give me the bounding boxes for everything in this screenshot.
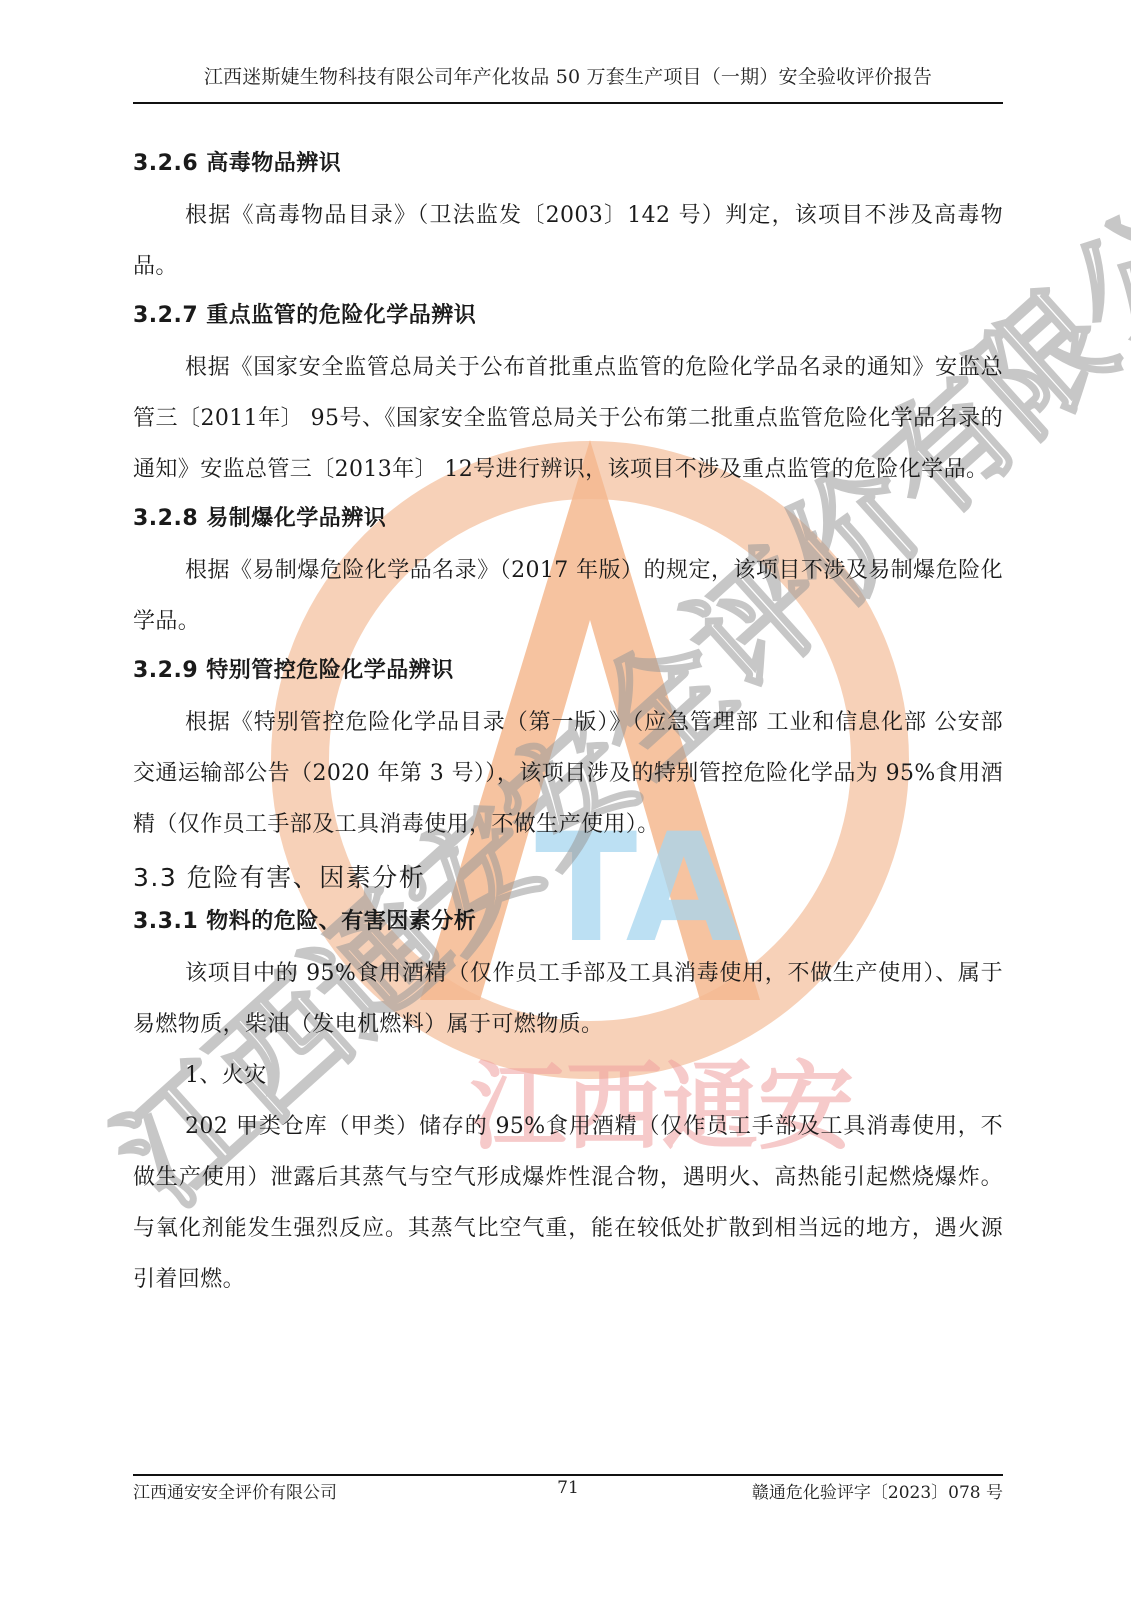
section-3-2-9: 3.2.9 特别管控危险化学品辨识 根据《特别管控危险化学品目录（第一版）》（应…: [133, 653, 1003, 850]
section-3-2-6: 3.2.6 高毒物品辨识 根据《高毒物品目录》（卫法监发〔2003〕142 号）…: [133, 146, 1003, 292]
list-item-heading: 1、火灾: [133, 1050, 1003, 1101]
page-footer: 江西通安安全评价有限公司 71 赣通危化验评字〔2023〕078 号: [133, 1478, 1003, 1504]
page-header: 江西迷斯婕生物科技有限公司年产化妆品 50 万套生产项目（一期）安全验收评价报告: [133, 62, 1003, 89]
paragraph: 根据《国家安全监管总局关于公布首批重点监管的危险化学品名录的通知》安监总管三〔2…: [133, 342, 1003, 495]
section-heading: 3.2.8 易制爆化学品辨识: [133, 501, 1003, 537]
paragraph: 根据《特别管控危险化学品目录（第一版）》（应急管理部 工业和信息化部 公安部 交…: [133, 697, 1003, 850]
paragraph: 该项目中的 95%食用酒精（仅作员工手部及工具消毒使用，不做生产使用）、属于易燃…: [133, 948, 1003, 1050]
footer-rule: [133, 1474, 1003, 1476]
document-number: 赣通危化验评字〔2023〕078 号: [752, 1478, 1003, 1503]
paragraph: 202 甲类仓库（甲类）储存的 95%食用酒精（仅作员工手部及工具消毒使用，不做…: [133, 1101, 1003, 1305]
chapter-heading: 3.3 危险有害、因素分析: [133, 858, 1003, 898]
section-heading: 3.2.9 特别管控危险化学品辨识: [133, 653, 1003, 689]
section-3-2-8: 3.2.8 易制爆化学品辨识 根据《易制爆危险化学品名录》（2017 年版）的规…: [133, 501, 1003, 647]
section-heading: 3.2.7 重点监管的危险化学品辨识: [133, 298, 1003, 334]
section-3-3: 3.3 危险有害、因素分析 3.3.1 物料的危险、有害因素分析 该项目中的 9…: [133, 858, 1003, 1305]
paragraph: 根据《易制爆危险化学品名录》（2017 年版）的规定，该项目不涉及易制爆危险化学…: [133, 545, 1003, 647]
paragraph: 根据《高毒物品目录》（卫法监发〔2003〕142 号）判定，该项目不涉及高毒物品…: [133, 190, 1003, 292]
document-body: 3.2.6 高毒物品辨识 根据《高毒物品目录》（卫法监发〔2003〕142 号）…: [133, 140, 1003, 1305]
section-heading: 3.2.6 高毒物品辨识: [133, 146, 1003, 182]
section-3-2-7: 3.2.7 重点监管的危险化学品辨识 根据《国家安全监管总局关于公布首批重点监管…: [133, 298, 1003, 495]
header-rule: [133, 102, 1003, 104]
section-heading: 3.3.1 物料的危险、有害因素分析: [133, 904, 1003, 940]
